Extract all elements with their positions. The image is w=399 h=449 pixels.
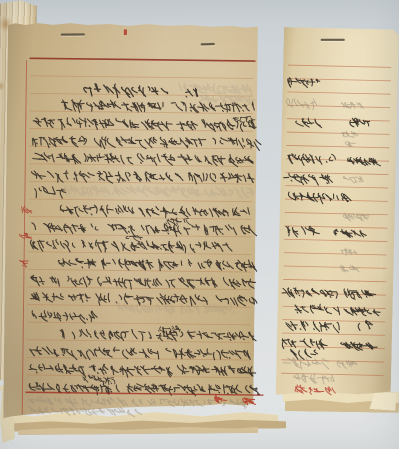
photo-of-handwritten-manuscript [0, 0, 399, 449]
right-manuscript-page [276, 27, 399, 398]
left-manuscript-page [3, 22, 258, 421]
